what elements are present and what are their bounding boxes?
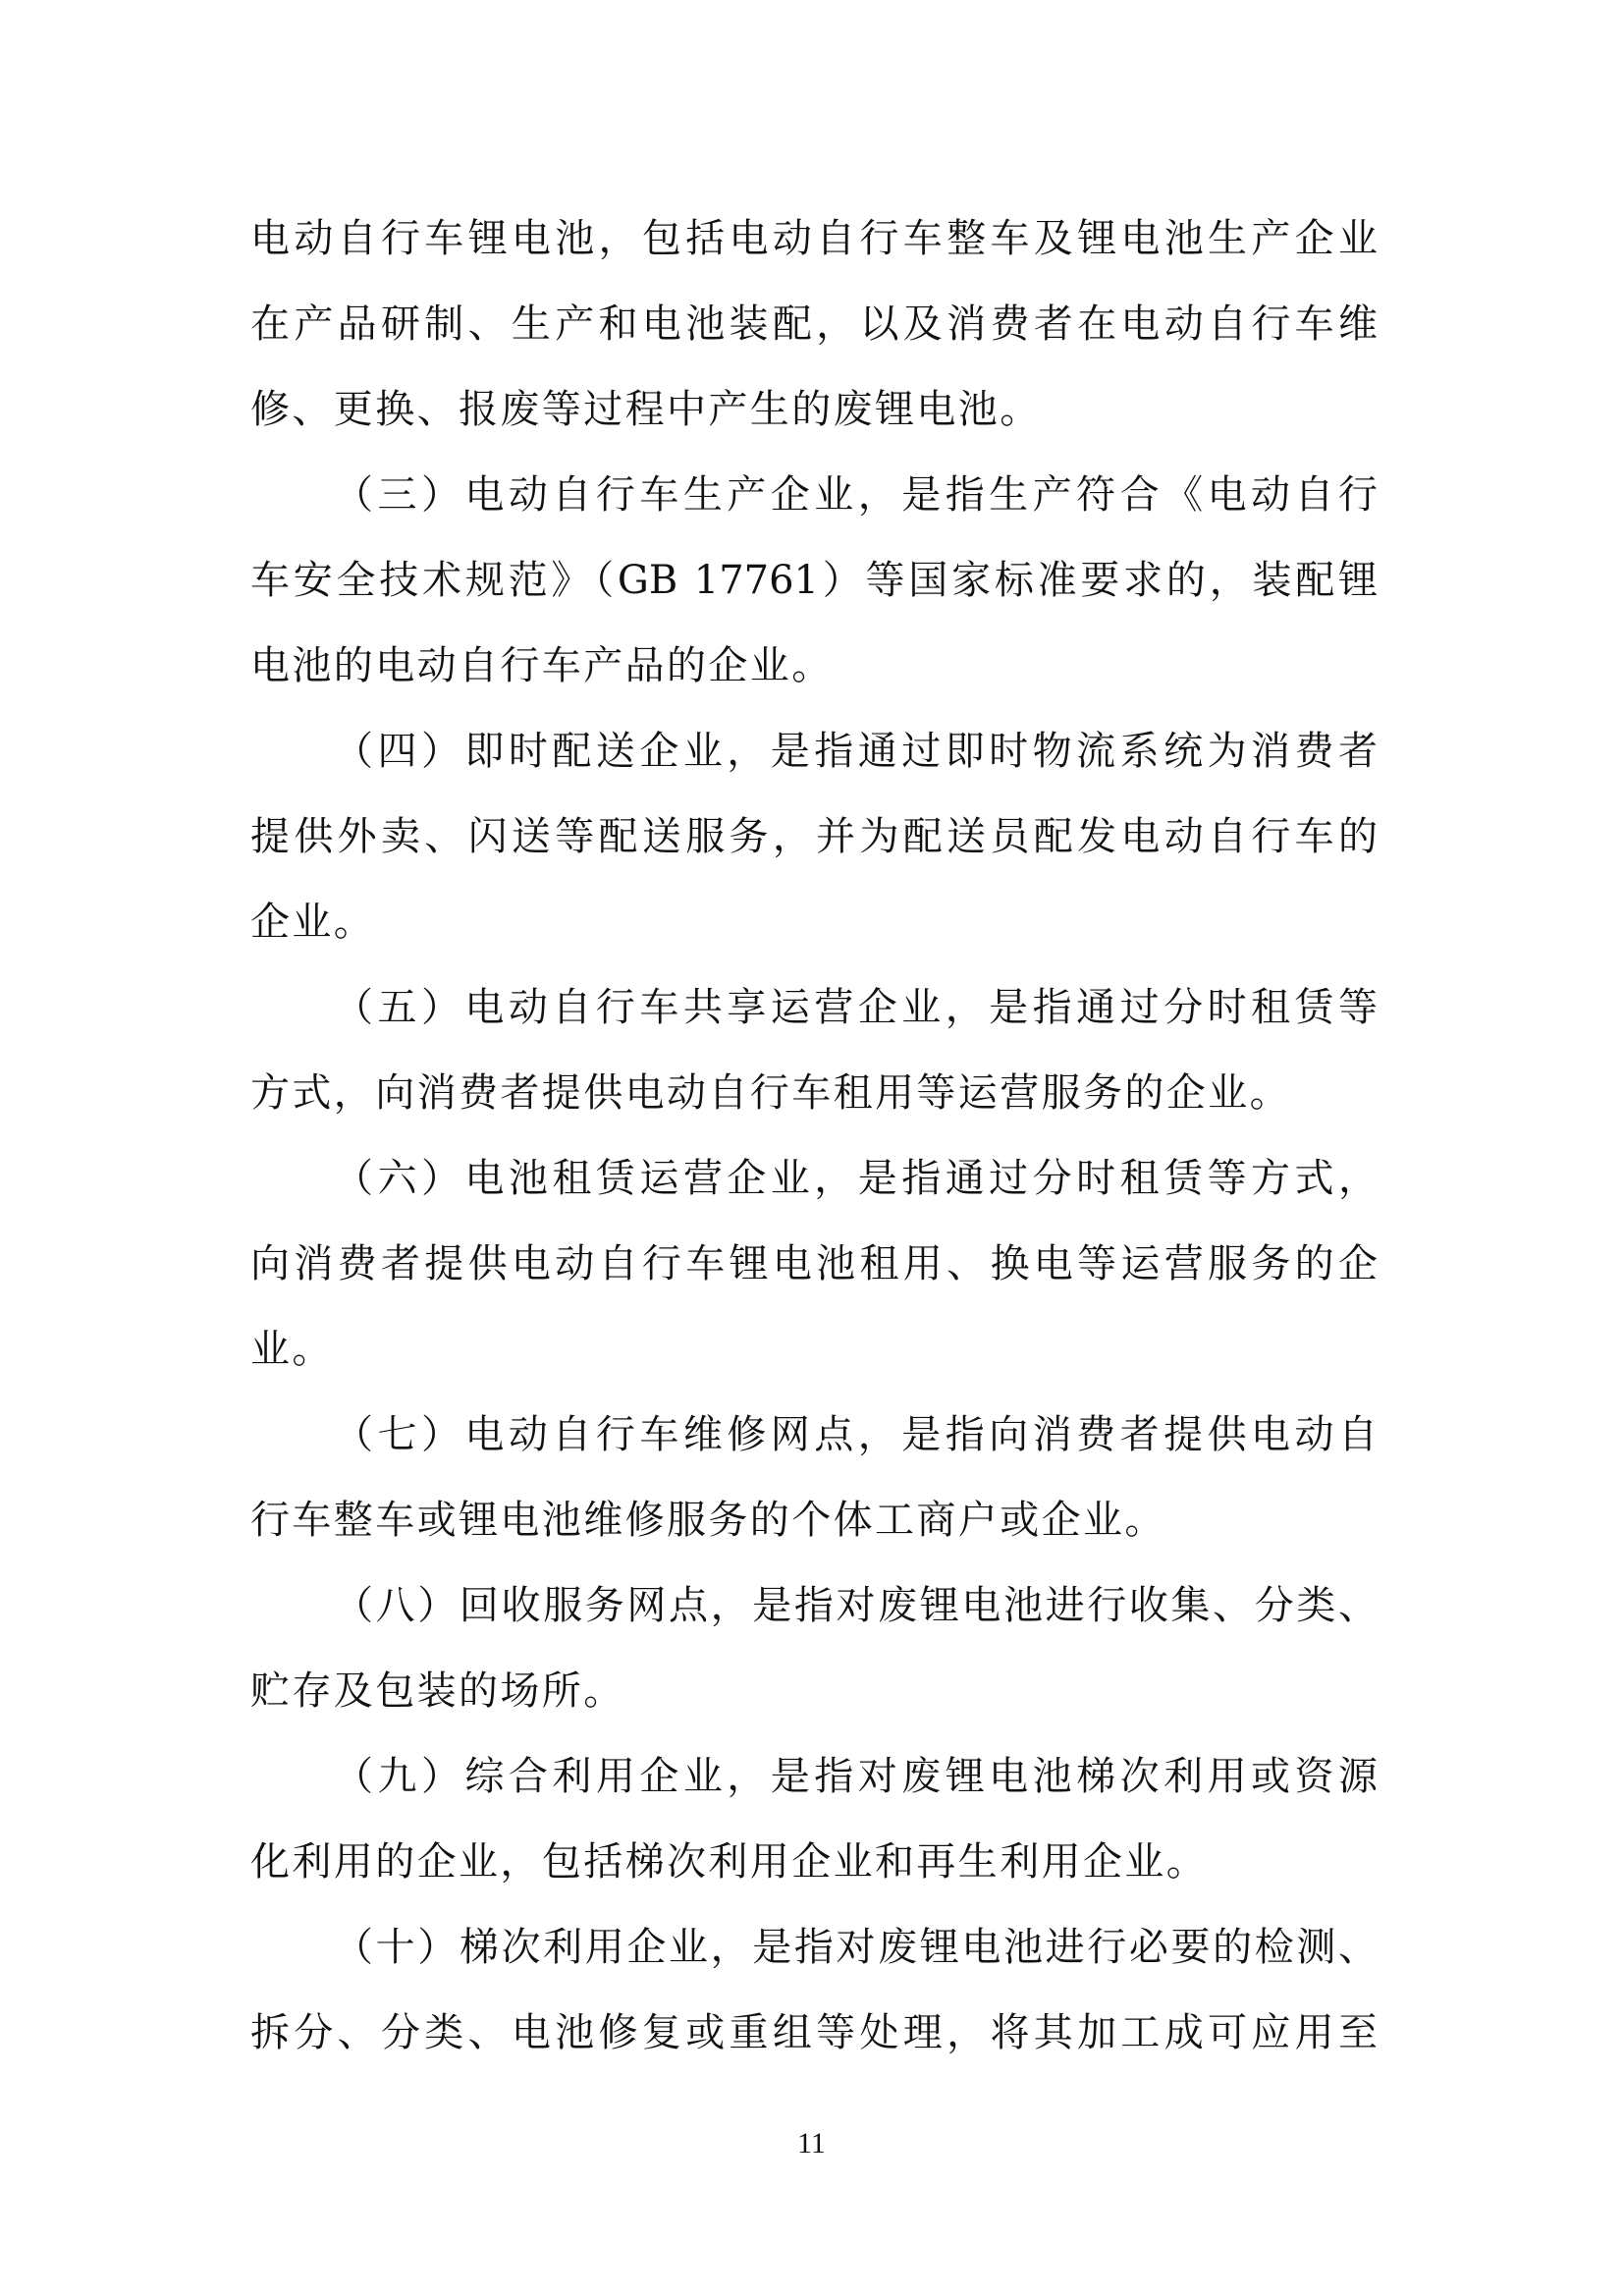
paragraph-continued-line-2: 在产品研制、生产和电池装配，以及消费者在电动自行车维: [250, 282, 1378, 367]
paragraph-6-line-1: （六）电池租赁运营企业，是指通过分时租赁等方式，: [250, 1136, 1378, 1222]
paragraph-4-line-1: （四）即时配送企业，是指通过即时物流系统为消费者: [250, 709, 1378, 794]
paragraph-7-line-1: （七）电动自行车维修网点，是指向消费者提供电动自: [250, 1393, 1378, 1478]
paragraph-9-line-1: （九）综合利用企业，是指对废锂电池梯次利用或资源: [250, 1734, 1378, 1820]
paragraph-8-line-1: （八）回收服务网点，是指对废锂电池进行收集、分类、: [250, 1563, 1378, 1649]
paragraph-10-line-1: （十）梯次利用企业，是指对废锂电池进行必要的检测、: [250, 1905, 1378, 1991]
paragraph-6-line-2: 向消费者提供电动自行车锂电池租用、换电等运营服务的企: [250, 1222, 1378, 1307]
paragraph-continued-line-1: 电动自行车锂电池，包括电动自行车整车及锂电池生产企业: [250, 196, 1378, 282]
document-page: 电动自行车锂电池，包括电动自行车整车及锂电池生产企业 在产品研制、生产和电池装配…: [0, 0, 1623, 2296]
paragraph-5-line-1: （五）电动自行车共享运营企业，是指通过分时租赁等: [250, 965, 1378, 1051]
page-number: 11: [0, 2127, 1623, 2160]
paragraph-8-line-2: 贮存及包装的场所。: [250, 1649, 1378, 1734]
paragraph-10-line-2: 拆分、分类、电池修复或重组等处理，将其加工成可应用至: [250, 1991, 1378, 2076]
paragraph-3-line-1: （三）电动自行车生产企业，是指生产符合《电动自行: [250, 453, 1378, 538]
paragraph-6-line-3: 业。: [250, 1307, 1378, 1393]
paragraph-4-line-2: 提供外卖、闪送等配送服务，并为配送员配发电动自行车的: [250, 794, 1378, 880]
paragraph-5-line-2: 方式，向消费者提供电动自行车租用等运营服务的企业。: [250, 1051, 1378, 1136]
paragraph-9-line-2: 化利用的企业，包括梯次利用企业和再生利用企业。: [250, 1820, 1378, 1905]
paragraph-4-line-3: 企业。: [250, 880, 1378, 965]
paragraph-7-line-2: 行车整车或锂电池维修服务的个体工商户或企业。: [250, 1478, 1378, 1563]
paragraph-continued-line-3: 修、更换、报废等过程中产生的废锂电池。: [250, 367, 1378, 453]
paragraph-3-line-3: 电池的电动自行车产品的企业。: [250, 624, 1378, 709]
paragraph-3-line-2: 车安全技术规范》（GB 17761）等国家标准要求的，装配锂: [250, 538, 1378, 624]
body-text: 电动自行车锂电池，包括电动自行车整车及锂电池生产企业 在产品研制、生产和电池装配…: [250, 196, 1378, 2076]
